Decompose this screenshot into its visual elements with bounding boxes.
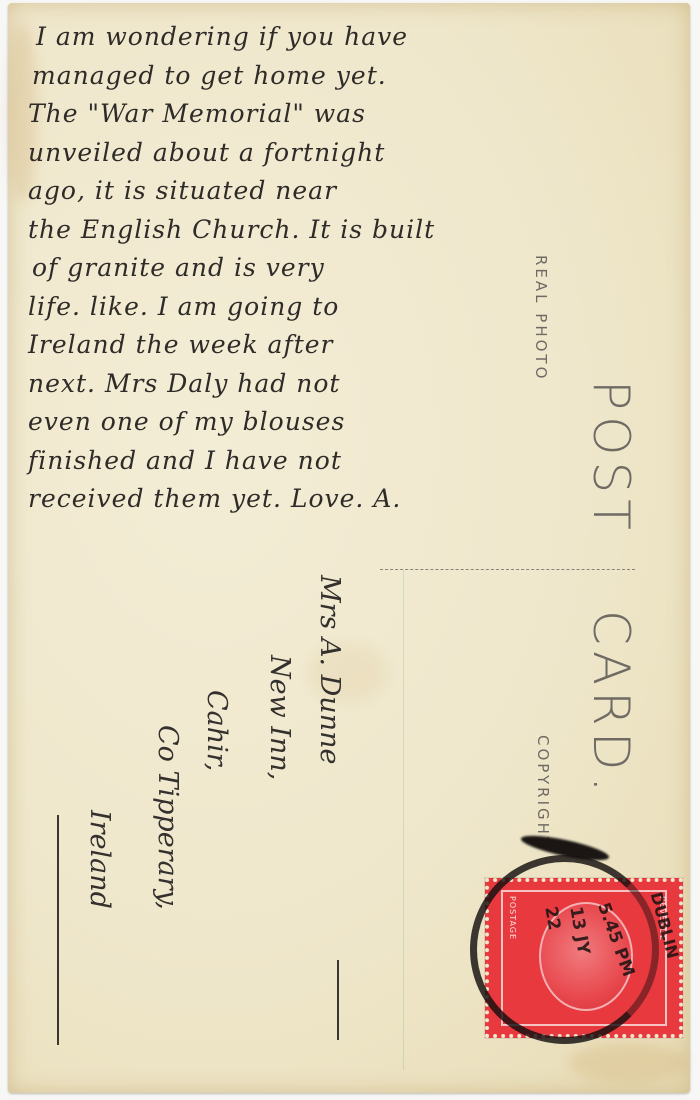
message-line: next. Mrs Daly had not xyxy=(28,365,678,404)
address-underline xyxy=(57,815,59,1045)
address-underline xyxy=(337,960,339,1040)
message-line: managed to get home yet. xyxy=(28,57,678,96)
message-line: life. like. I am going to xyxy=(28,288,678,327)
address-line: Ireland xyxy=(84,810,115,909)
postmark-year: 22 xyxy=(540,905,564,932)
post-label: POST xyxy=(582,380,640,536)
message-line: ago, it is situated near xyxy=(28,172,678,211)
message-line: even one of my blouses xyxy=(28,403,678,442)
handwritten-message: I am wondering if you have managed to ge… xyxy=(28,18,678,519)
real-photo-label: REAL PHOTO xyxy=(532,255,550,381)
dashed-divider xyxy=(380,569,635,570)
address-line: Mrs A. Dunne xyxy=(314,575,345,764)
age-stain xyxy=(568,1043,688,1083)
postmark-circle xyxy=(470,855,659,1044)
message-line: of granite and is very xyxy=(28,249,678,288)
message-line: I am wondering if you have xyxy=(28,18,678,57)
address-line: Cahir, xyxy=(201,690,232,771)
message-line: The "War Memorial" was xyxy=(28,95,678,134)
card-label: CARD. xyxy=(582,610,640,798)
message-line: Ireland the week after xyxy=(28,326,678,365)
address-line: Co Tipperary, xyxy=(152,725,183,910)
message-line: unveiled about a fortnight xyxy=(28,134,678,173)
message-line: the English Church. It is built xyxy=(28,211,678,250)
vertical-divider xyxy=(403,570,404,1070)
message-line: received them yet. Love. A. xyxy=(28,480,678,519)
address-line: New Inn, xyxy=(264,655,295,780)
copyright-label: COPYRIGHT xyxy=(534,735,552,849)
message-line: finished and I have not xyxy=(28,442,678,481)
